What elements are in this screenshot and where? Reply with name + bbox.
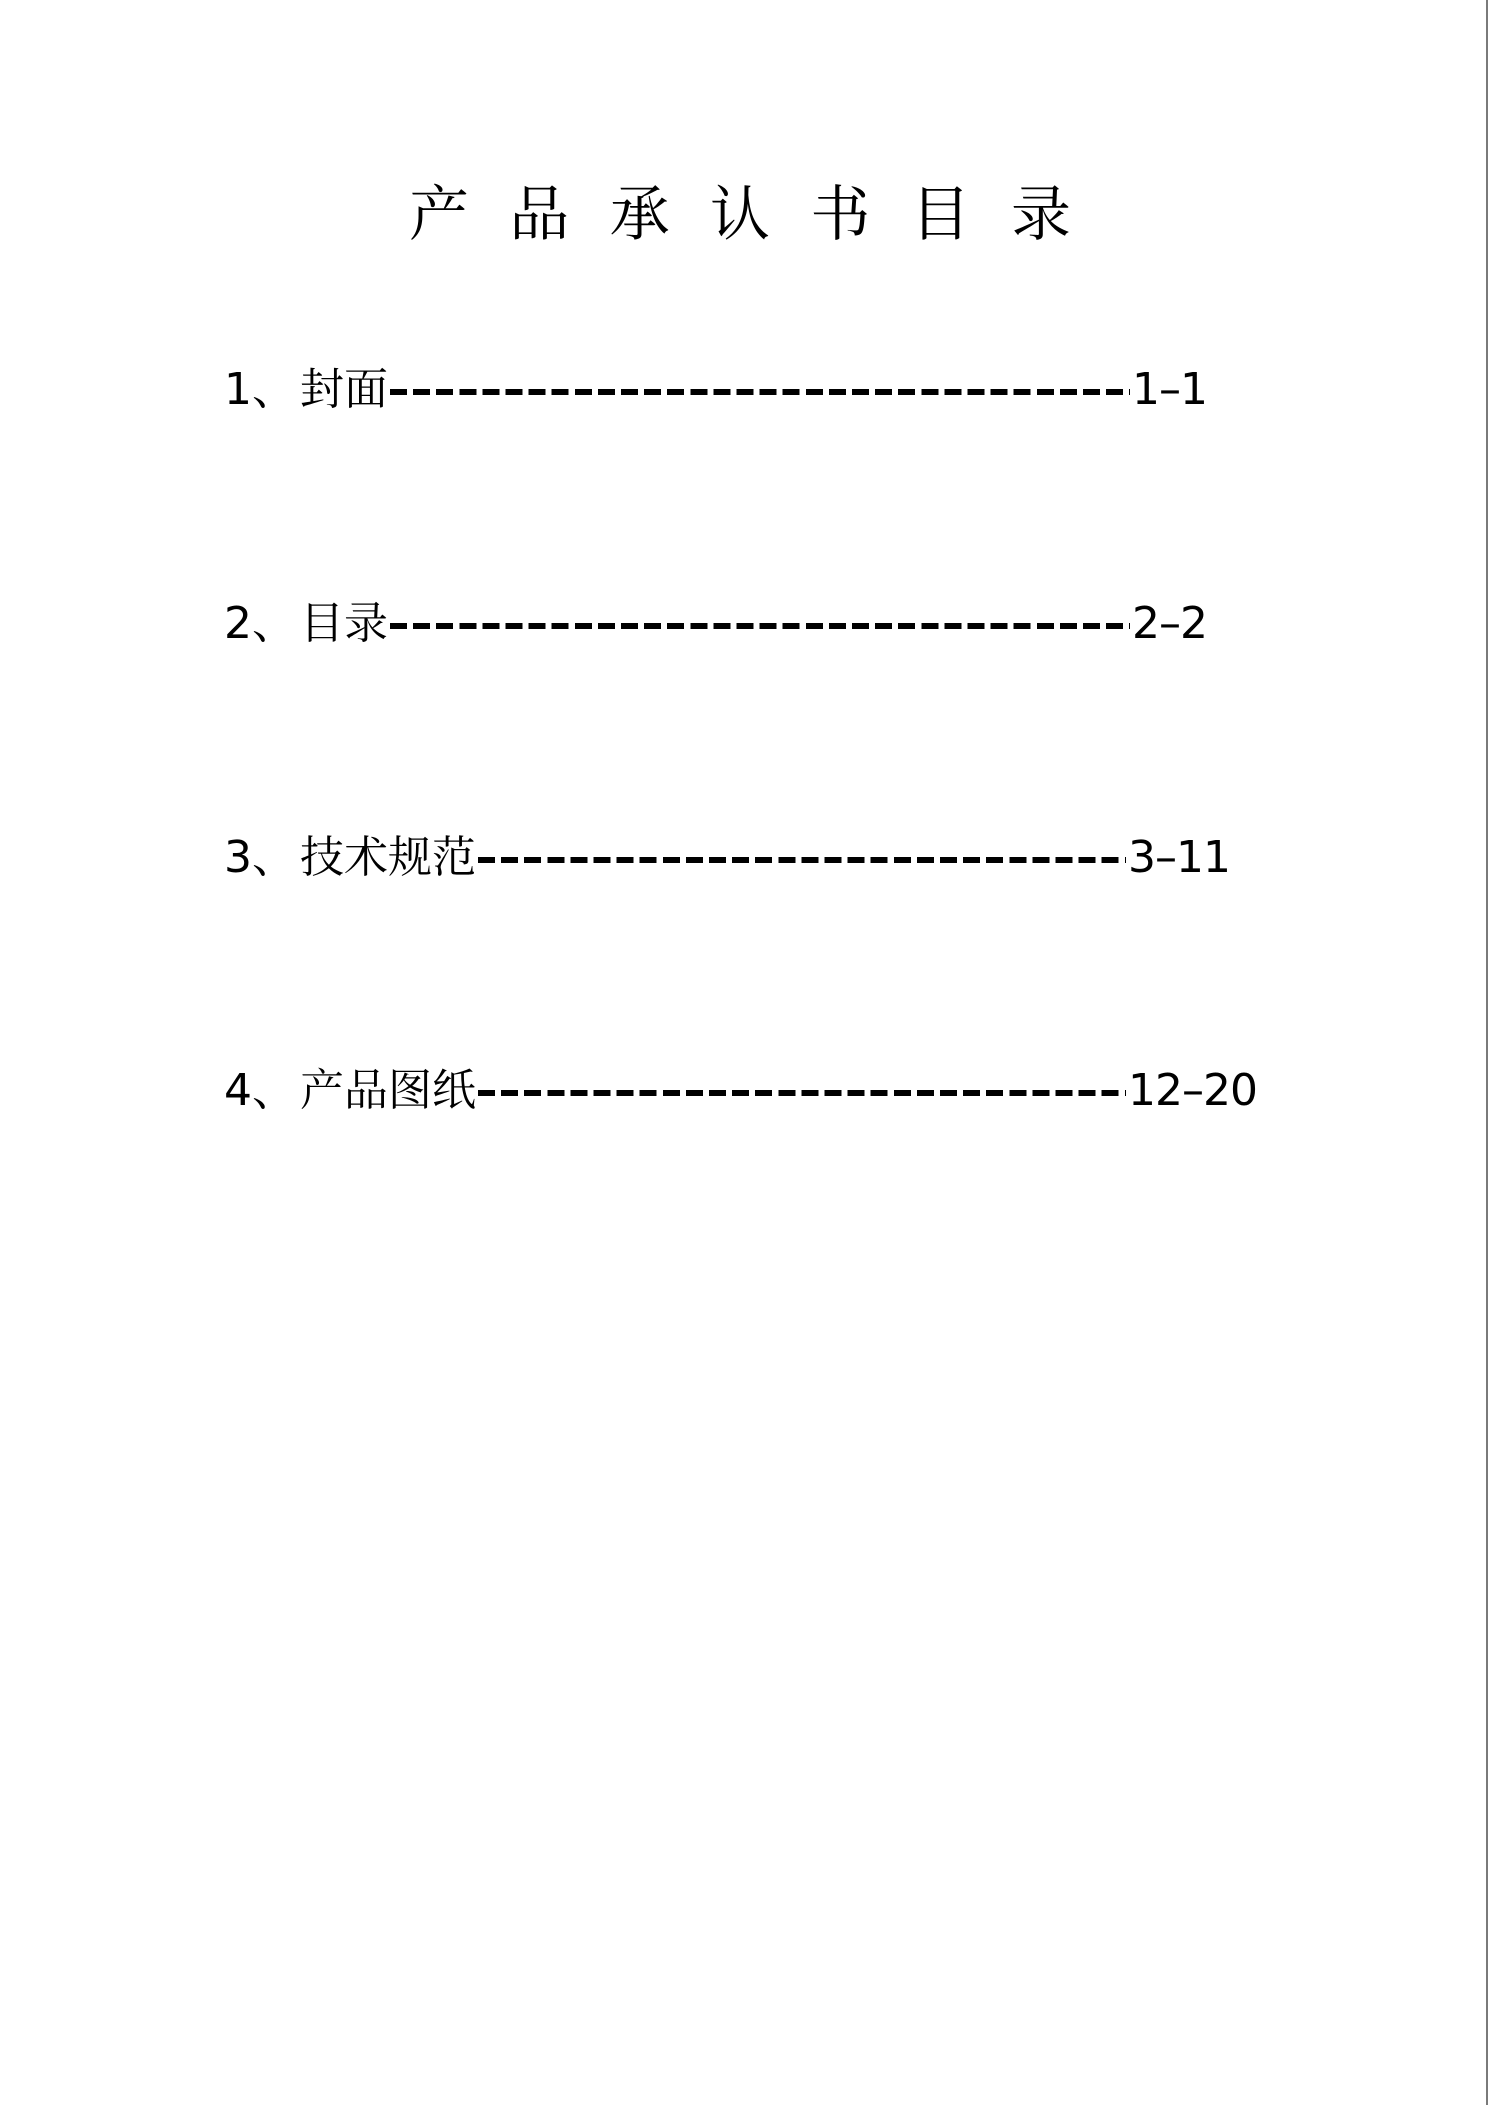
toc-entry-contents: 2 、 目录 2–2 [224,596,1207,652]
toc-leader-dashes [390,389,1130,395]
toc-page-range: 3–11 [1128,830,1230,886]
toc-entry-tech-spec: 3 、 技术规范 3–11 [224,830,1230,886]
title-char: 录 [1010,185,1072,245]
toc-page-range: 12–20 [1128,1063,1257,1119]
title-char: 目 [910,185,972,245]
toc-number: 1 [224,362,252,418]
title-char: 承 [609,185,671,245]
title-char: 认 [709,185,771,245]
toc-separator: 、 [252,596,296,652]
toc-label: 产品图纸 [300,1063,476,1119]
toc-separator: 、 [252,830,296,886]
toc-label: 封面 [300,362,388,418]
toc-page-range: 2–2 [1132,596,1207,652]
document-page: 产 品 承 认 书 目 录 1 、 封面 1–1 2 、 目录 2–2 3 、 … [0,0,1488,2105]
toc-entry-cover: 1 、 封面 1–1 [224,362,1207,418]
toc-label: 技术规范 [300,830,476,886]
toc-label: 目录 [300,596,388,652]
toc-page-range: 1–1 [1132,362,1207,418]
toc-leader-dashes [390,623,1130,629]
toc-leader-dashes [478,1090,1126,1096]
toc-number: 2 [224,596,252,652]
title-char: 品 [508,185,570,245]
toc-separator: 、 [252,1063,296,1119]
page-title: 产 品 承 认 书 目 录 [380,170,1100,260]
toc-number: 3 [224,830,252,886]
title-char: 产 [408,185,470,245]
toc-number: 4 [224,1063,252,1119]
toc-separator: 、 [252,362,296,418]
toc-leader-dashes [478,857,1126,863]
toc-entry-drawings: 4 、 产品图纸 12–20 [224,1063,1257,1119]
title-char: 书 [809,185,871,245]
